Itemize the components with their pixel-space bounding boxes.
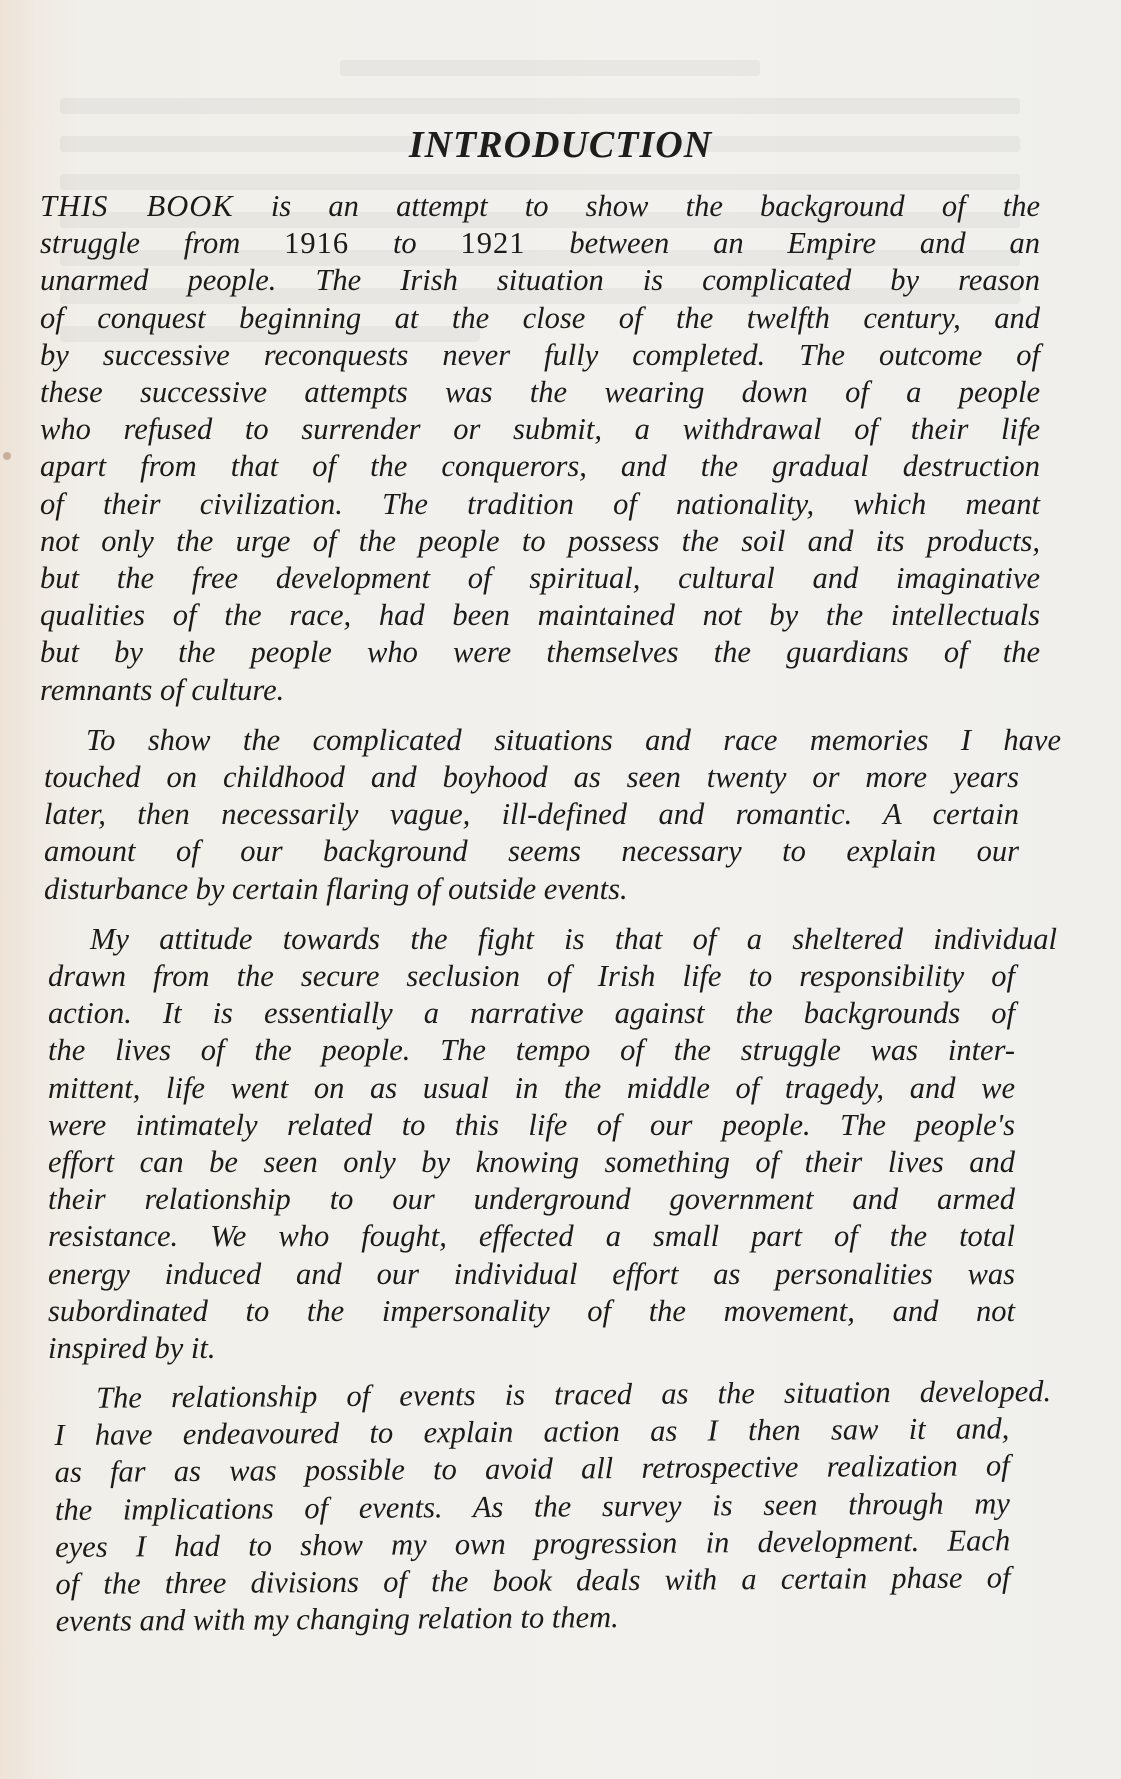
text-line: these successive attempts was the wearin… <box>40 374 1040 411</box>
text-line: not only the urge of the people to posse… <box>40 523 1040 560</box>
text-line: events and with my changing relation to … <box>56 1597 1011 1641</box>
text-line: later, then necessarily vague, ill-defin… <box>44 796 1019 833</box>
text-line: subordinated to the impersonality of the… <box>48 1293 1015 1330</box>
paper-stain <box>3 452 11 460</box>
text-line: energy induced and our individual effort… <box>48 1256 1015 1293</box>
text-line: of their civilization. The tradition of … <box>40 486 1040 523</box>
text-line: by successive reconquests never fully co… <box>40 337 1040 374</box>
paragraph-2: To show the complicated situations and r… <box>44 722 1030 908</box>
text-line: To show the complicated situations and r… <box>44 722 1061 759</box>
text-line: amount of our background seems necessary… <box>44 833 1019 870</box>
chapter-title: INTRODUCTION <box>0 123 1121 167</box>
text-line: apart from that of the conquerors, and t… <box>40 448 1040 485</box>
year-start: 1916 <box>284 226 349 260</box>
text-line: of the three divisions of the book deals… <box>55 1560 1010 1604</box>
text-line: My attitude towards the fight is that of… <box>48 921 1057 958</box>
text-line: but the free development of spiritual, c… <box>40 560 1040 597</box>
text-line: touched on childhood and boyhood as seen… <box>44 759 1019 796</box>
body-text: THIS BOOK is an attempt to show the back… <box>40 188 1030 1654</box>
text-line: drawn from the secure seclusion of Irish… <box>48 958 1015 995</box>
paragraph-3: My attitude towards the fight is that of… <box>48 921 1030 1367</box>
text-line: of conquest beginning at the close of th… <box>40 300 1040 337</box>
text-line: who refused to surrender or submit, a wi… <box>40 411 1040 448</box>
text-line: THIS BOOK is an attempt to show the back… <box>40 188 1040 225</box>
book-page: INTRODUCTION THIS BOOK is an attempt to … <box>0 0 1121 1779</box>
text-line: disturbance by certain flaring of outsid… <box>44 871 1019 908</box>
text-line: qualities of the race, had been maintain… <box>40 597 1040 634</box>
text-line: the lives of the people. The tempo of th… <box>48 1032 1015 1069</box>
text-line: unarmed people. The Irish situation is c… <box>40 262 1040 299</box>
paragraph-1: THIS BOOK is an attempt to show the back… <box>40 188 1030 709</box>
text-line: remnants of culture. <box>40 672 1040 709</box>
paragraph-4: The relationship of events is traced as … <box>54 1373 1032 1640</box>
year-end: 1921 <box>461 226 526 260</box>
text-line: action. It is essentially a narrative ag… <box>48 995 1015 1032</box>
text-line: were intimately related to this life of … <box>48 1107 1015 1144</box>
text-line: their relationship to our underground go… <box>48 1181 1015 1218</box>
text-line: but by the people who were themselves th… <box>40 634 1040 671</box>
text-line: resistance. We who fought, effected a sm… <box>48 1218 1015 1255</box>
text-line: inspired by it. <box>48 1330 1015 1367</box>
text-line: effort can be seen only by knowing somet… <box>48 1144 1015 1181</box>
lead-caps: THIS BOOK <box>40 189 234 223</box>
text-line: mittent, life went on as usual in the mi… <box>48 1070 1015 1107</box>
text-line: struggle from 1916 to 1921 between an Em… <box>40 225 1040 262</box>
